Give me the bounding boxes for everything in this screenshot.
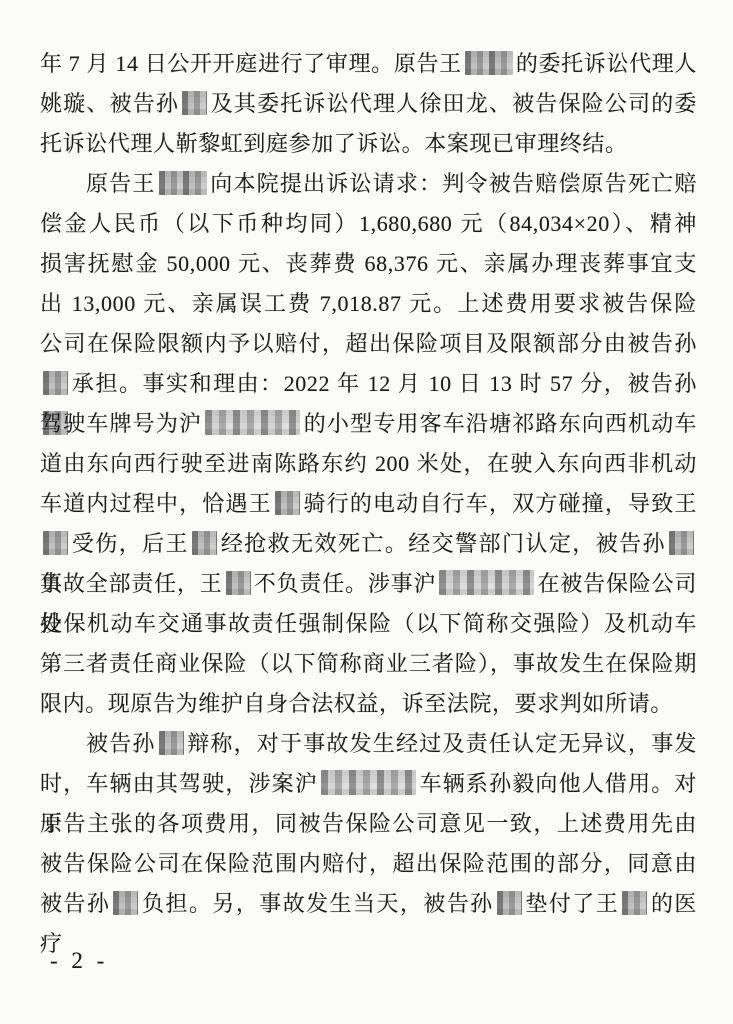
- redacted-two-character-name: [159, 171, 207, 195]
- redacted-two-character-name: [465, 51, 513, 75]
- text-line: 偿金人民币（以下币种均同）1,680,680 元（84,034×20）、精神: [40, 204, 697, 244]
- page-number: - 2 -: [50, 944, 108, 978]
- text-line: 出 13,000 元、亲属误工费 7,018.87 元。上述费用要求被告保险: [40, 284, 697, 324]
- text-line: 驾驶车牌号为沪的小型专用客车沿塘祁路东向西机动车: [40, 404, 697, 444]
- redacted-license-plate: [205, 410, 300, 435]
- text-line: 年 7 月 14 日公开开庭进行了审理。原告王的委托诉讼代理人: [40, 44, 697, 84]
- document-body: 年 7 月 14 日公开开庭进行了审理。原告王的委托诉讼代理人姚璇、被告孙及其委…: [40, 44, 697, 924]
- redacted-single-character-name: [159, 731, 184, 755]
- text-line: 被告孙负担。另，事故发生当天，被告孙垫付了王的医疗: [40, 884, 697, 924]
- redacted-single-character-name: [182, 91, 207, 115]
- redacted-license-plate: [439, 570, 534, 595]
- redacted-license-plate: [321, 770, 416, 795]
- redacted-single-character-name: [497, 891, 522, 915]
- text-line: 承担。事实和理由：2022 年 12 月 10 日 13 时 57 分，被告孙: [40, 364, 697, 404]
- redacted-single-character-name: [275, 491, 300, 515]
- text-line: 事故全部责任，王不负责任。涉事沪在被告保险公司处: [40, 564, 697, 604]
- text-line: 姚璇、被告孙及其委托诉讼代理人徐田龙、被告保险公司的委: [40, 84, 697, 124]
- text-line: 道由东向西行驶至进南陈路东约 200 米处，在驶入东向西非机动: [40, 444, 697, 484]
- scanned-court-document-page: 年 7 月 14 日公开开庭进行了审理。原告王的委托诉讼代理人姚璇、被告孙及其委…: [0, 0, 733, 1024]
- redacted-single-character-name: [43, 531, 68, 555]
- text-line: 原告王向本院提出诉讼请求：判令被告赔偿原告死亡赔: [40, 164, 697, 204]
- redacted-single-character-name: [192, 531, 217, 555]
- text-line: 限内。现原告为维护自身合法权益，诉至法院，要求判如所请。: [40, 684, 697, 724]
- text-line: 原告主张的各项费用，同被告保险公司意见一致，上述费用先由: [40, 804, 697, 844]
- text-line: 公司在保险限额内予以赔付，超出保险项目及限额部分由被告孙: [40, 324, 697, 364]
- redacted-single-character-name: [43, 371, 68, 395]
- redacted-single-character-name: [622, 891, 647, 915]
- text-line: 车道内过程中，恰遇王骑行的电动自行车，双方碰撞，导致王: [40, 484, 697, 524]
- redacted-single-character-name: [669, 531, 694, 555]
- text-line: 被告保险公司在保险范围内赔付，超出保险范围的部分，同意由: [40, 844, 697, 884]
- text-line: 托诉讼代理人靳黎虹到庭参加了诉讼。本案现已审理终结。: [40, 124, 697, 164]
- text-line: 损害抚慰金 50,000 元、丧葬费 68,376 元、亲属办理丧葬事宜支: [40, 244, 697, 284]
- text-line: 受伤，后王经抢救无效死亡。经交警部门认定，被告孙负: [40, 524, 697, 564]
- text-line: 被告孙辩称，对于事故发生经过及责任认定无异议，事发: [40, 724, 697, 764]
- redacted-single-character-name: [226, 571, 251, 595]
- text-line: 投保机动车交通事故责任强制保险（以下简称交强险）及机动车: [40, 604, 697, 644]
- text-line: 第三者责任商业保险（以下简称商业三者险），事故发生在保险期: [40, 644, 697, 684]
- text-line: 时，车辆由其驾驶，涉案沪车辆系孙毅向他人借用。对于: [40, 764, 697, 804]
- redacted-single-character-name: [113, 891, 138, 915]
